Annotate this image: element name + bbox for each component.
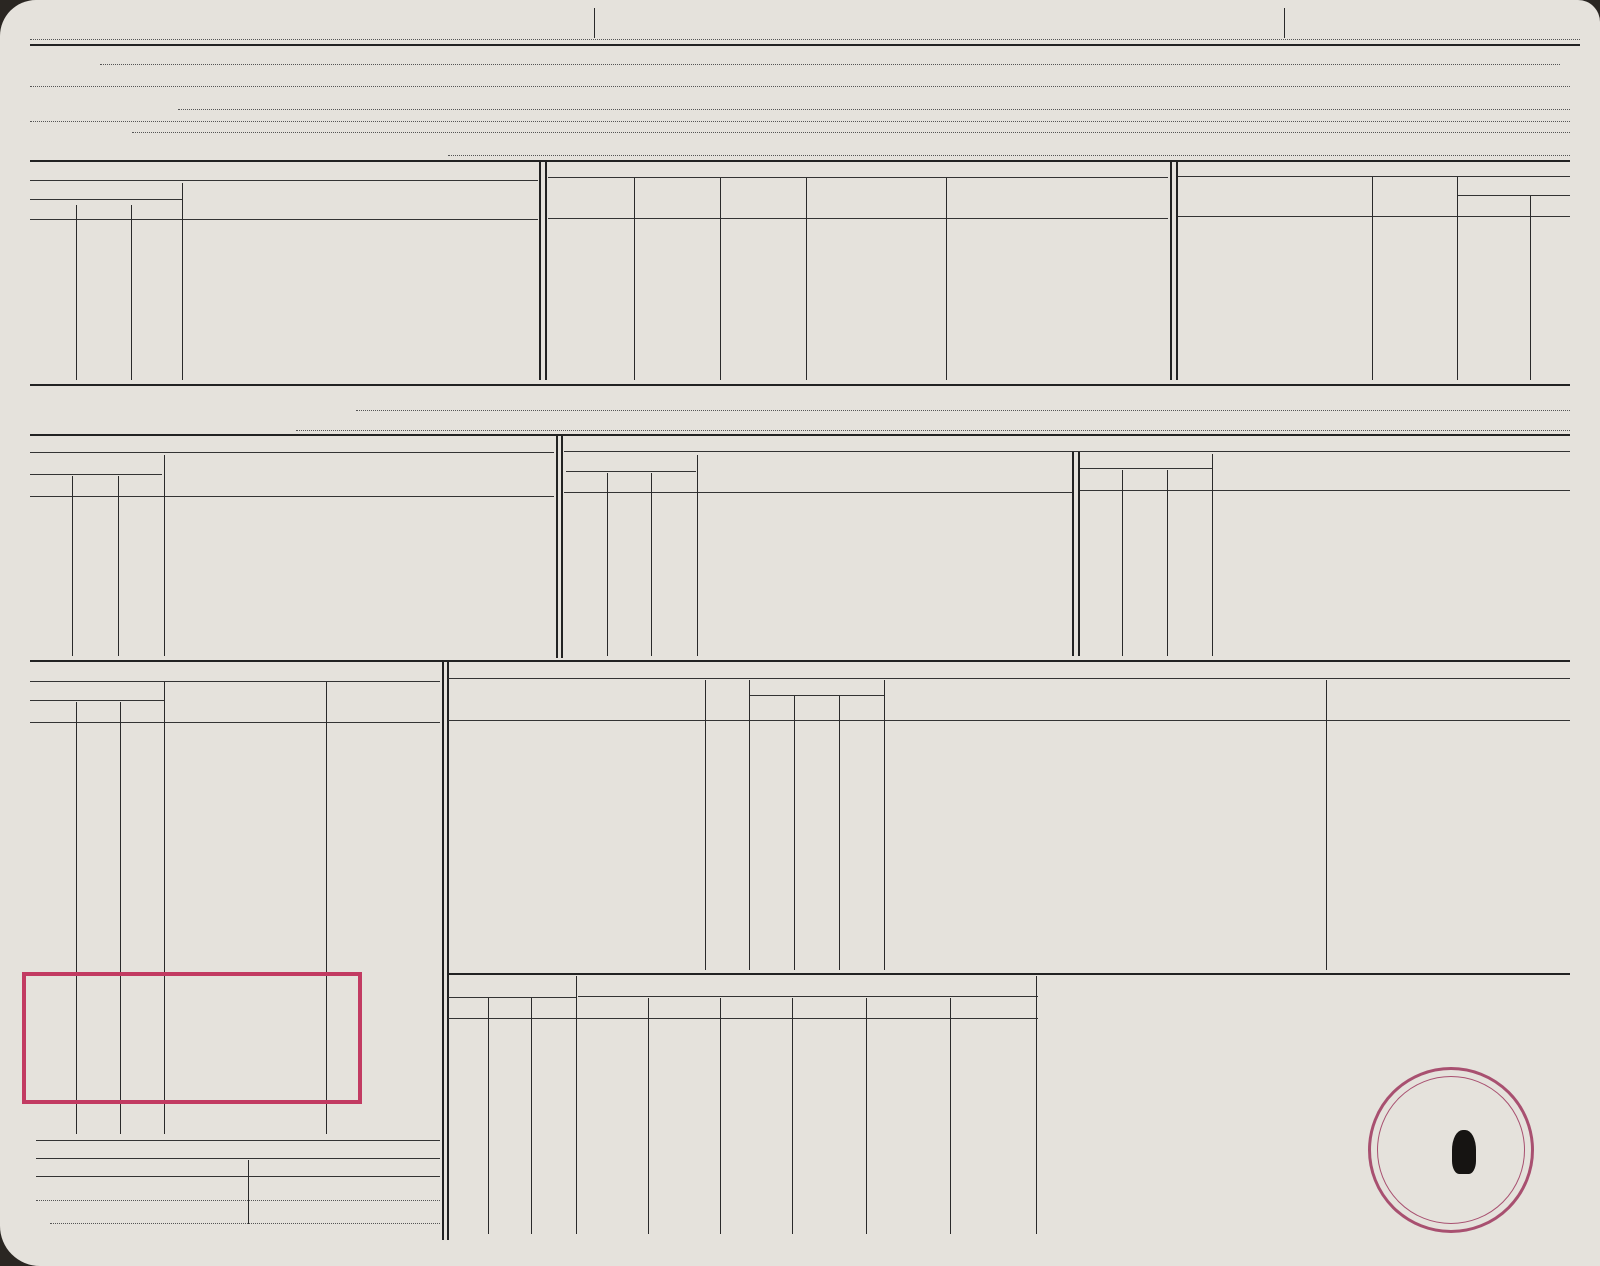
col-line bbox=[164, 455, 165, 656]
religion-line bbox=[132, 132, 1570, 133]
rule bbox=[750, 695, 884, 696]
col-line bbox=[561, 436, 563, 658]
col-line bbox=[182, 183, 183, 380]
rule bbox=[1080, 468, 1212, 469]
col-line bbox=[950, 998, 951, 1234]
col-line bbox=[447, 662, 449, 1240]
col-line bbox=[131, 205, 132, 380]
col-line bbox=[1078, 452, 1080, 656]
col-line bbox=[576, 976, 577, 1234]
col-line bbox=[1372, 177, 1373, 380]
section-rule-3 bbox=[30, 434, 1570, 436]
rule bbox=[30, 496, 554, 497]
col-line bbox=[1170, 160, 1172, 380]
col-line bbox=[72, 476, 73, 656]
col-line bbox=[866, 998, 867, 1234]
row-line bbox=[36, 1200, 440, 1201]
rule bbox=[564, 451, 1570, 452]
rule bbox=[30, 219, 538, 220]
col-line bbox=[1457, 177, 1458, 380]
col-line bbox=[705, 680, 706, 970]
residence-line bbox=[448, 155, 1570, 156]
col-line bbox=[946, 178, 947, 380]
section-rule-4 bbox=[30, 660, 1570, 662]
col-line bbox=[1530, 196, 1531, 380]
col-line bbox=[1212, 454, 1213, 656]
col-line bbox=[720, 998, 721, 1234]
col-line bbox=[1072, 452, 1074, 656]
col-line bbox=[539, 160, 541, 380]
rule bbox=[1458, 195, 1570, 196]
name-line bbox=[100, 64, 1560, 65]
rule bbox=[30, 700, 164, 701]
col-line bbox=[531, 998, 532, 1234]
col-line bbox=[806, 178, 807, 380]
col-line bbox=[1036, 976, 1037, 1234]
col-line bbox=[839, 696, 840, 970]
col-line bbox=[634, 178, 635, 380]
rule bbox=[548, 177, 1168, 178]
rule bbox=[36, 1140, 440, 1141]
rule bbox=[1080, 490, 1570, 491]
col-line bbox=[720, 178, 721, 380]
col-line bbox=[1176, 160, 1178, 380]
divider-dotted-2 bbox=[30, 121, 1570, 122]
col-line bbox=[118, 476, 119, 656]
rule bbox=[30, 199, 182, 200]
rule bbox=[566, 471, 696, 472]
rule bbox=[30, 452, 554, 453]
rule bbox=[578, 996, 1038, 997]
col-line bbox=[648, 998, 649, 1234]
header-dotted-line bbox=[30, 39, 1580, 40]
col-line bbox=[651, 473, 652, 656]
rule bbox=[30, 180, 538, 181]
header-divider-right bbox=[1284, 8, 1285, 38]
rule bbox=[1178, 176, 1570, 177]
divider-dotted bbox=[30, 86, 1570, 87]
col-line bbox=[488, 998, 489, 1234]
col-line bbox=[792, 998, 793, 1234]
nok-line bbox=[296, 430, 1570, 431]
col-line bbox=[794, 696, 795, 970]
col-line bbox=[248, 1160, 249, 1224]
section-rule-1 bbox=[30, 160, 1570, 162]
section-rule-2 bbox=[30, 384, 1570, 386]
header-rule bbox=[30, 44, 1580, 46]
col-line bbox=[76, 205, 77, 380]
rule bbox=[548, 218, 1168, 219]
rule bbox=[448, 997, 576, 998]
rule bbox=[448, 720, 1570, 721]
rule bbox=[36, 1158, 440, 1159]
rule bbox=[564, 492, 1072, 493]
stamp-inner-ring bbox=[1377, 1076, 1525, 1224]
col-line bbox=[749, 680, 750, 970]
col-line bbox=[545, 160, 547, 380]
rule bbox=[30, 474, 162, 475]
nok-line bbox=[356, 410, 1570, 411]
col-line bbox=[884, 680, 885, 970]
rule bbox=[448, 678, 1570, 679]
rule bbox=[1178, 216, 1570, 217]
film-stamp bbox=[22, 972, 362, 1104]
col-line bbox=[1122, 470, 1123, 656]
header-divider bbox=[594, 8, 595, 38]
col-line bbox=[1326, 680, 1327, 970]
col-line bbox=[697, 455, 698, 656]
section-rule-5 bbox=[448, 973, 1570, 975]
row-line bbox=[50, 1223, 440, 1224]
rule bbox=[36, 1176, 440, 1177]
rule bbox=[30, 722, 440, 723]
nsc-application-stamp bbox=[1368, 1067, 1534, 1233]
col-line bbox=[1167, 470, 1168, 656]
col-line bbox=[556, 436, 558, 658]
col-line bbox=[442, 662, 444, 1240]
pob-line bbox=[178, 109, 1570, 110]
punch-hole bbox=[1452, 1130, 1476, 1174]
col-line bbox=[607, 473, 608, 656]
service-record-card bbox=[0, 0, 1600, 1266]
rule bbox=[30, 681, 440, 682]
